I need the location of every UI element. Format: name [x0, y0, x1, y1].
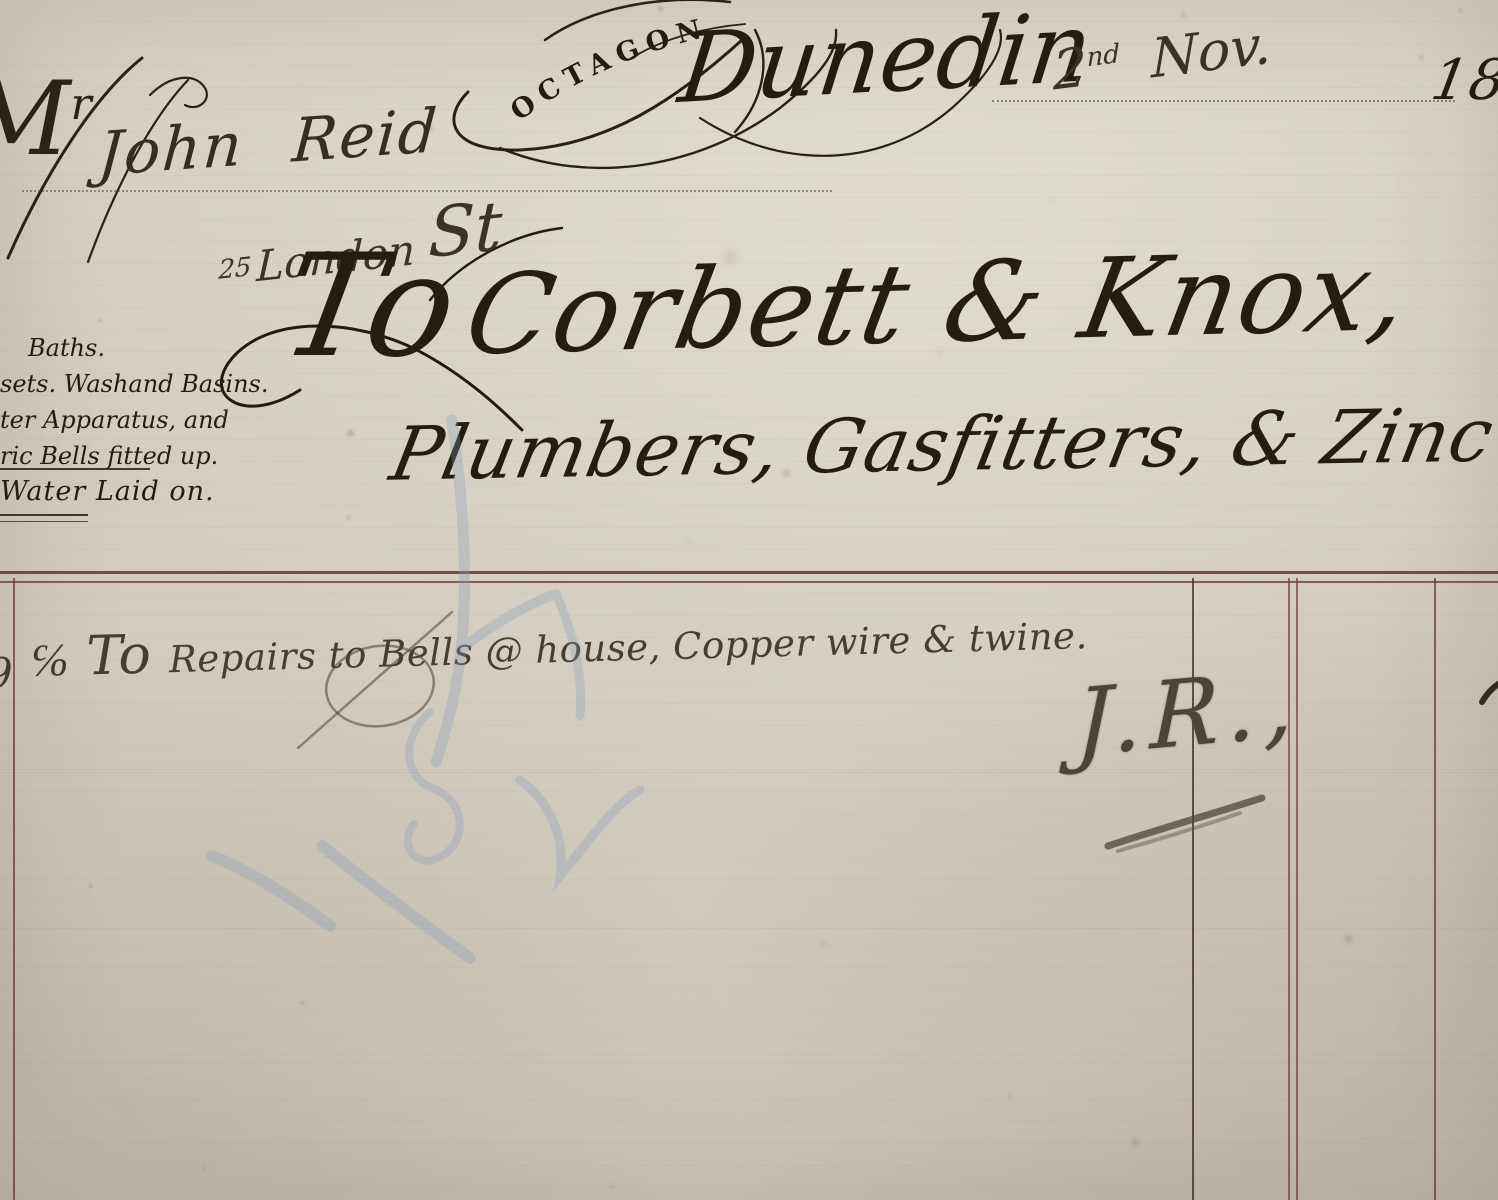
- item-description: Repairs to Bells @ house, Copper wire & …: [168, 617, 1088, 680]
- edge-ink-mark: [1482, 682, 1498, 702]
- address-number: 25: [218, 252, 252, 286]
- approval-initials: J.R.,: [1075, 658, 1303, 770]
- blue-crayon-marks: [212, 420, 640, 958]
- addressee-dotted-rule: [22, 190, 832, 192]
- foxing-spots: [0, 0, 1, 1]
- scanned-invoice-page: OCTAGON Dunedin 2nd Nov. 18 Mr John Reid…: [0, 0, 1498, 1200]
- addressee-prefix-sup: r: [70, 79, 91, 130]
- date-month: Nov.: [1150, 12, 1271, 90]
- margin-numeral: 9: [0, 652, 13, 696]
- date-day-suffix: nd: [1086, 39, 1120, 73]
- care-of-mark: ℅: [30, 635, 70, 684]
- paper-crease: [0, 1062, 1498, 1063]
- service-item: ric Bells fitted up.: [0, 444, 218, 469]
- item-lead-word: To: [86, 627, 152, 685]
- water-laid-underline: [0, 514, 88, 522]
- service-item: ter Apparatus, and: [0, 408, 229, 433]
- firm-name: Corbett & Knox,: [457, 233, 1419, 374]
- paper-crease: [0, 928, 1498, 929]
- paper-crease: [0, 772, 1498, 773]
- table-header-rule: [0, 571, 1498, 583]
- table-vline-pence: [1434, 578, 1436, 1200]
- line-item-row: ℅ To Repairs to Bells @ house, Copper wi…: [29, 602, 1088, 686]
- table-vline-left: [13, 578, 15, 1200]
- addressee-prefix: Mr: [0, 66, 92, 173]
- service-item: sets. Washand Basins.: [0, 372, 269, 397]
- date-day: 2: [1052, 35, 1087, 103]
- services-rule: [0, 468, 150, 470]
- salutation-to: To: [272, 232, 467, 381]
- jr-underline: [1108, 798, 1262, 851]
- addressee-prefix-letter: M: [0, 60, 70, 179]
- addressee-name: John Reid: [96, 100, 440, 187]
- year-printed: 18: [1427, 52, 1498, 111]
- trades-line: Plumbers, Gasfitters, & Zinc Workers: [385, 391, 1498, 494]
- service-item: Baths.: [28, 336, 105, 361]
- service-item: Water Laid on.: [0, 478, 215, 506]
